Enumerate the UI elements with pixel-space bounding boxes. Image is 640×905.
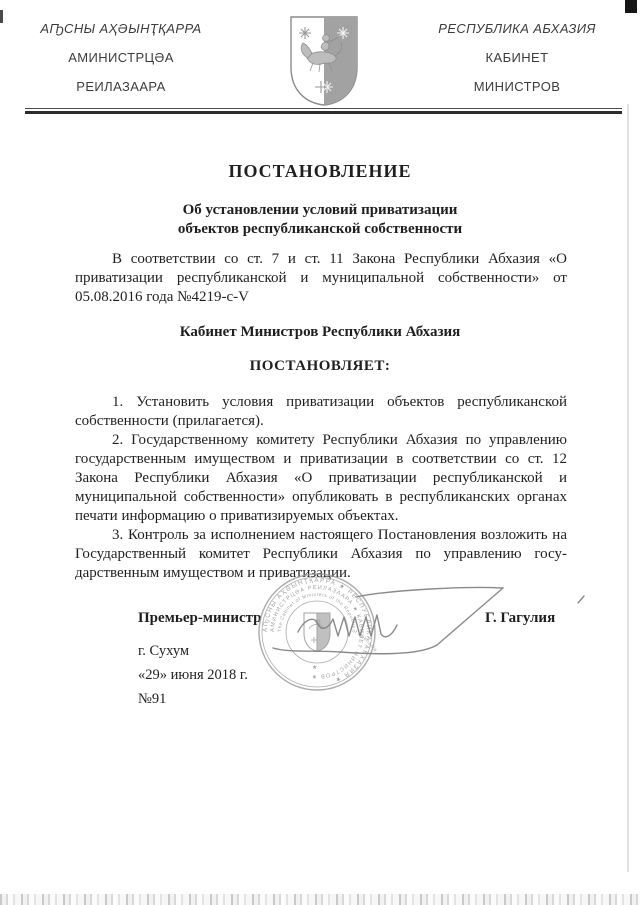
signature-city: г. Сухум (138, 643, 189, 660)
header-double-rule (25, 108, 622, 114)
decree-item-1: 1. Установить условия приватизации объек… (75, 393, 567, 431)
subtitle-line1: Об установлении условий приватизации (0, 201, 640, 220)
scan-artifact-bottom-edge (0, 894, 640, 905)
decree-number: №91 (138, 691, 166, 708)
scan-artifact-left-tick (0, 10, 3, 23)
header-right-line2: КАБИНЕТ (424, 51, 610, 64)
header-left-line3: РЕИЛАЗААРА (28, 80, 214, 93)
decree-document-page: АҦСНЫ АҲӘЫНҬҚАРРА АМИНИСТРЦӘА РЕИЛАЗААРА (0, 0, 640, 905)
intro-text: В соответствии со ст. 7 и ст. 11 Закона … (75, 250, 567, 307)
document-title: ПОСТАНОВЛЕНИЕ (0, 161, 640, 182)
header-right-russian: РЕСПУБЛИКА АБХАЗИЯ КАБИНЕТ МИНИСТРОВ (424, 22, 610, 109)
document-subtitle: Об установлении условий приватизации объ… (0, 201, 640, 239)
header-left-line1: АҦСНЫ АҲӘЫНҬҚАРРА (28, 22, 214, 35)
scan-artifact-top-right (625, 0, 637, 13)
decree-items: 1. Установить условия приватизации объек… (75, 393, 567, 583)
authority-line: Кабинет Министров Республики Абхазия (0, 324, 640, 341)
intro-paragraph: В соответствии со ст. 7 и ст. 11 Закона … (75, 250, 567, 307)
header-right-line3: МИНИСТРОВ (424, 80, 610, 93)
subtitle-line2: объектов республиканской собственности (0, 220, 640, 239)
header-left-abkhaz: АҦСНЫ АҲӘЫНҬҚАРРА АМИНИСТРЦӘА РЕИЛАЗААРА (28, 22, 214, 109)
abkhazia-coat-of-arms-icon (287, 15, 361, 107)
resolves-line: ПОСТАНОВЛЯЕТ: (0, 358, 640, 375)
header-left-line2: АМИНИСТРЦӘА (28, 51, 214, 64)
handwritten-signature-icon (230, 575, 590, 715)
decree-item-2: 2. Государственному комитету Республики … (75, 431, 567, 526)
header-right-line1: РЕСПУБЛИКА АБХАЗИЯ (424, 22, 610, 35)
